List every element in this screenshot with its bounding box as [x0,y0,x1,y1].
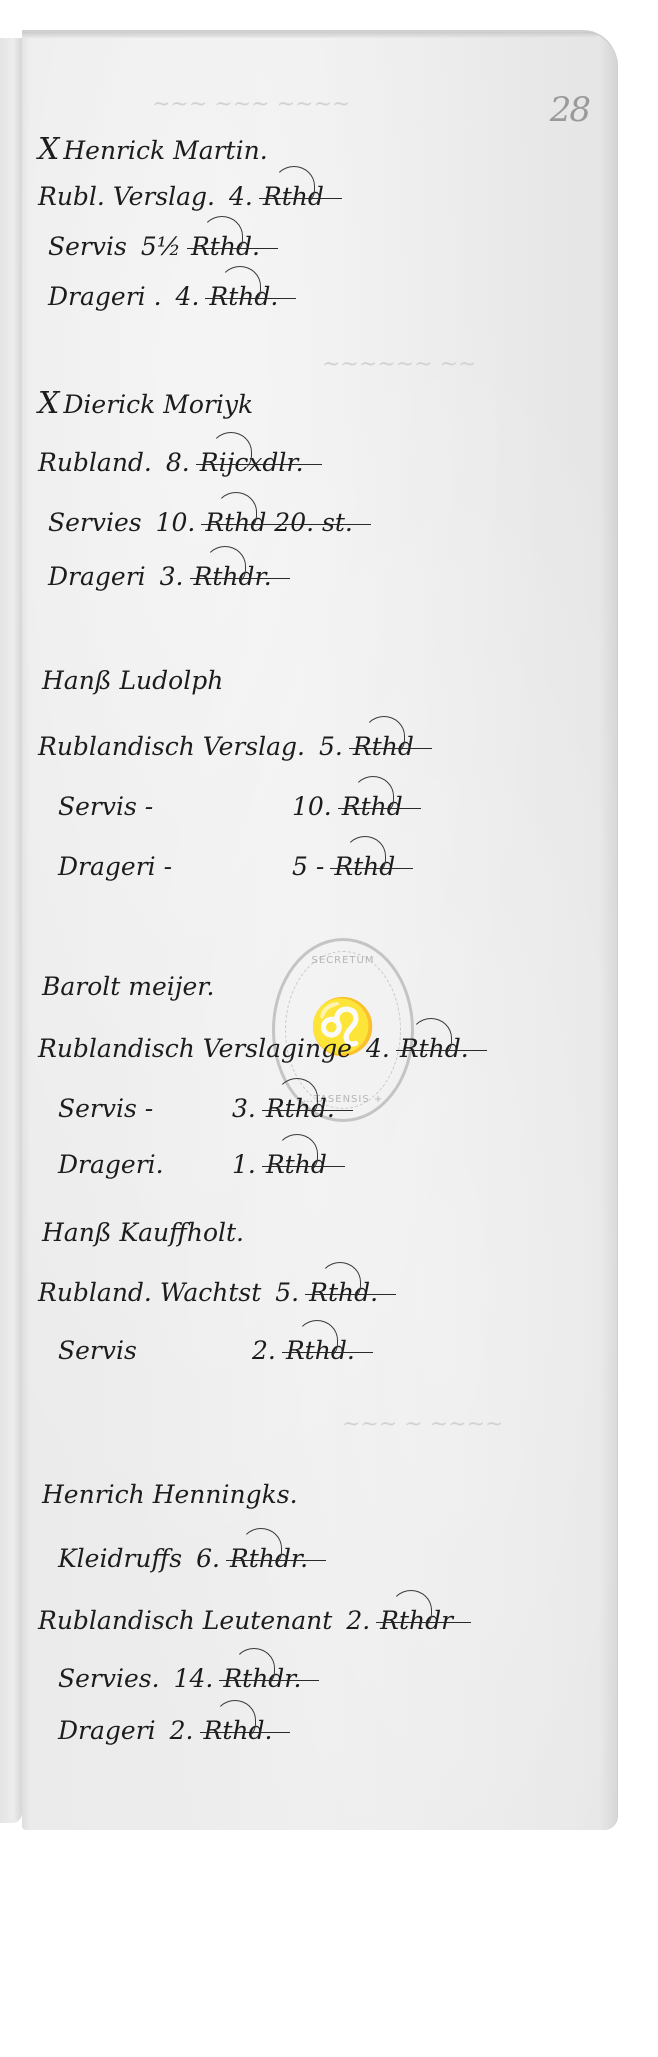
entry-mark: X [38,386,59,421]
item-amount: 5½ [141,232,181,261]
item-label: Servis - [58,1094,218,1123]
item-label: Kleidruffs [58,1544,182,1573]
item-label: Servies. [58,1664,160,1693]
entry-item: Drageri .4.Rthd. [48,282,278,311]
item-label: Drageri [58,1716,156,1745]
entry-name-text: Hanß Ludolph [42,666,223,695]
entry-name-text: Hanß Kauffholt. [42,1218,244,1247]
entry-name: XHenrick Martin. [38,132,268,167]
entry-item: Servis -3.Rthd. [58,1094,335,1123]
entry-item: Rubl. Verslag.4.Rthd [38,182,324,211]
entry-item: Rublandisch Leutenant2.Rthdr [38,1606,453,1635]
entry-item: Rubland.8.Rijcxdlr. [38,448,304,477]
item-amount: 4. [176,282,200,311]
item-label: Servis [48,232,127,261]
item-label: Servis - [58,792,278,821]
item-unit: Rthdr. [230,1544,308,1573]
item-unit: Rthdr [380,1606,453,1635]
stamp-text-top: SECRETUM [275,955,411,966]
item-unit: Rthd [342,792,403,821]
item-unit: Rthd 20. st. [205,508,352,537]
item-unit: Rthd. [309,1278,378,1307]
item-unit: Rthd [353,732,414,761]
item-label: Servies [48,508,142,537]
item-label: Servis [58,1336,238,1365]
item-amount: 5. [319,732,343,761]
item-amount: 3. [160,562,184,591]
item-unit: Rthd. [266,1094,335,1123]
entry-name: Hanß Kauffholt. [38,1214,244,1249]
entry-item: Drageri.1.Rthd [58,1150,327,1179]
item-amount: 4. [366,1034,390,1063]
adjacent-leaf-edge [0,38,22,1823]
item-amount: 5. [275,1278,299,1307]
item-amount: 1. [232,1150,256,1179]
entry-mark: X [38,132,59,167]
entry-item: Rublandisch Verslaginge4.Rthd. [38,1034,469,1063]
item-unit: Rthd. [286,1336,355,1365]
item-label: Rubl. Verslag. [38,182,215,211]
item-label: Drageri. [58,1150,218,1179]
item-unit: Rthd [266,1150,327,1179]
entry-name-text: Henrich Henningks. [42,1480,298,1509]
entry-item: Rublandisch Verslag.5.Rthd [38,732,414,761]
entry-item: Kleidruffs6.Rthdr. [58,1544,308,1573]
item-unit: Rthd. [204,1716,273,1745]
item-label: Drageri [48,562,146,591]
item-unit: Rthdr. [223,1664,301,1693]
bleed-through-text: ~~~ ~ ~~~~ [342,1412,503,1437]
item-label: Rubland. Wachtst [38,1278,261,1307]
entry-item: Drageri2.Rthd. [58,1716,272,1745]
item-amount: 2. [170,1716,194,1745]
item-label: Rubland. [38,448,152,477]
entry-name: Henrich Henningks. [38,1476,298,1511]
entry-item: Servis5½Rthd. [48,232,260,261]
entry-item: Servies10.Rthd 20. st. [48,508,353,537]
item-amount: 3. [232,1094,256,1123]
item-unit: Rthdr. [194,562,272,591]
item-amount: 2. [346,1606,370,1635]
entry-name-text: Barolt meijer. [42,972,214,1001]
entry-item: Drageri3.Rthdr. [48,562,272,591]
item-unit: Rthd [263,182,324,211]
item-amount: 6. [196,1544,220,1573]
item-amount: 14. [174,1664,214,1693]
item-unit: Rthd. [209,282,278,311]
item-label: Rublandisch Verslag. [38,732,305,761]
item-label: Drageri . [48,282,162,311]
item-unit: Rthd. [400,1034,469,1063]
item-amount: 8. [166,448,190,477]
entry-item: Rubland. Wachtst5.Rthd. [38,1278,378,1307]
entry-name-text: Henrick Martin. [63,136,267,165]
item-amount: 2. [252,1336,276,1365]
item-label: Rublandisch Verslaginge [38,1034,352,1063]
item-amount: 10. [292,792,332,821]
item-label: Drageri - [58,852,278,881]
item-amount: 5 - [292,852,324,881]
entry-item: Servis -10.Rthd [58,792,403,821]
entry-name: XDierick Moriyk [38,386,253,421]
item-unit: Rijcxdlr. [200,448,304,477]
entry-item: Servis2.Rthd. [58,1336,355,1365]
bleed-through-text: ~~~ ~~~ ~~~~ [152,92,350,117]
item-unit: Rthd [334,852,395,881]
entry-name-text: Dierick Moriyk [63,390,253,419]
item-label: Rublandisch Leutenant [38,1606,332,1635]
item-unit: Rthd. [191,232,260,261]
page-top-edge [22,32,597,38]
entry-item: Servies.14.Rthdr. [58,1664,301,1693]
entry-item: Drageri -5 -Rthd [58,852,395,881]
entry-name: Hanß Ludolph [38,662,223,697]
entry-name: Barolt meijer. [38,968,214,1003]
page-number: 28 [550,90,589,130]
item-amount: 10. [156,508,196,537]
item-amount: 4. [229,182,253,211]
bleed-through-text: ~~~~~~ ~~ [322,352,476,377]
